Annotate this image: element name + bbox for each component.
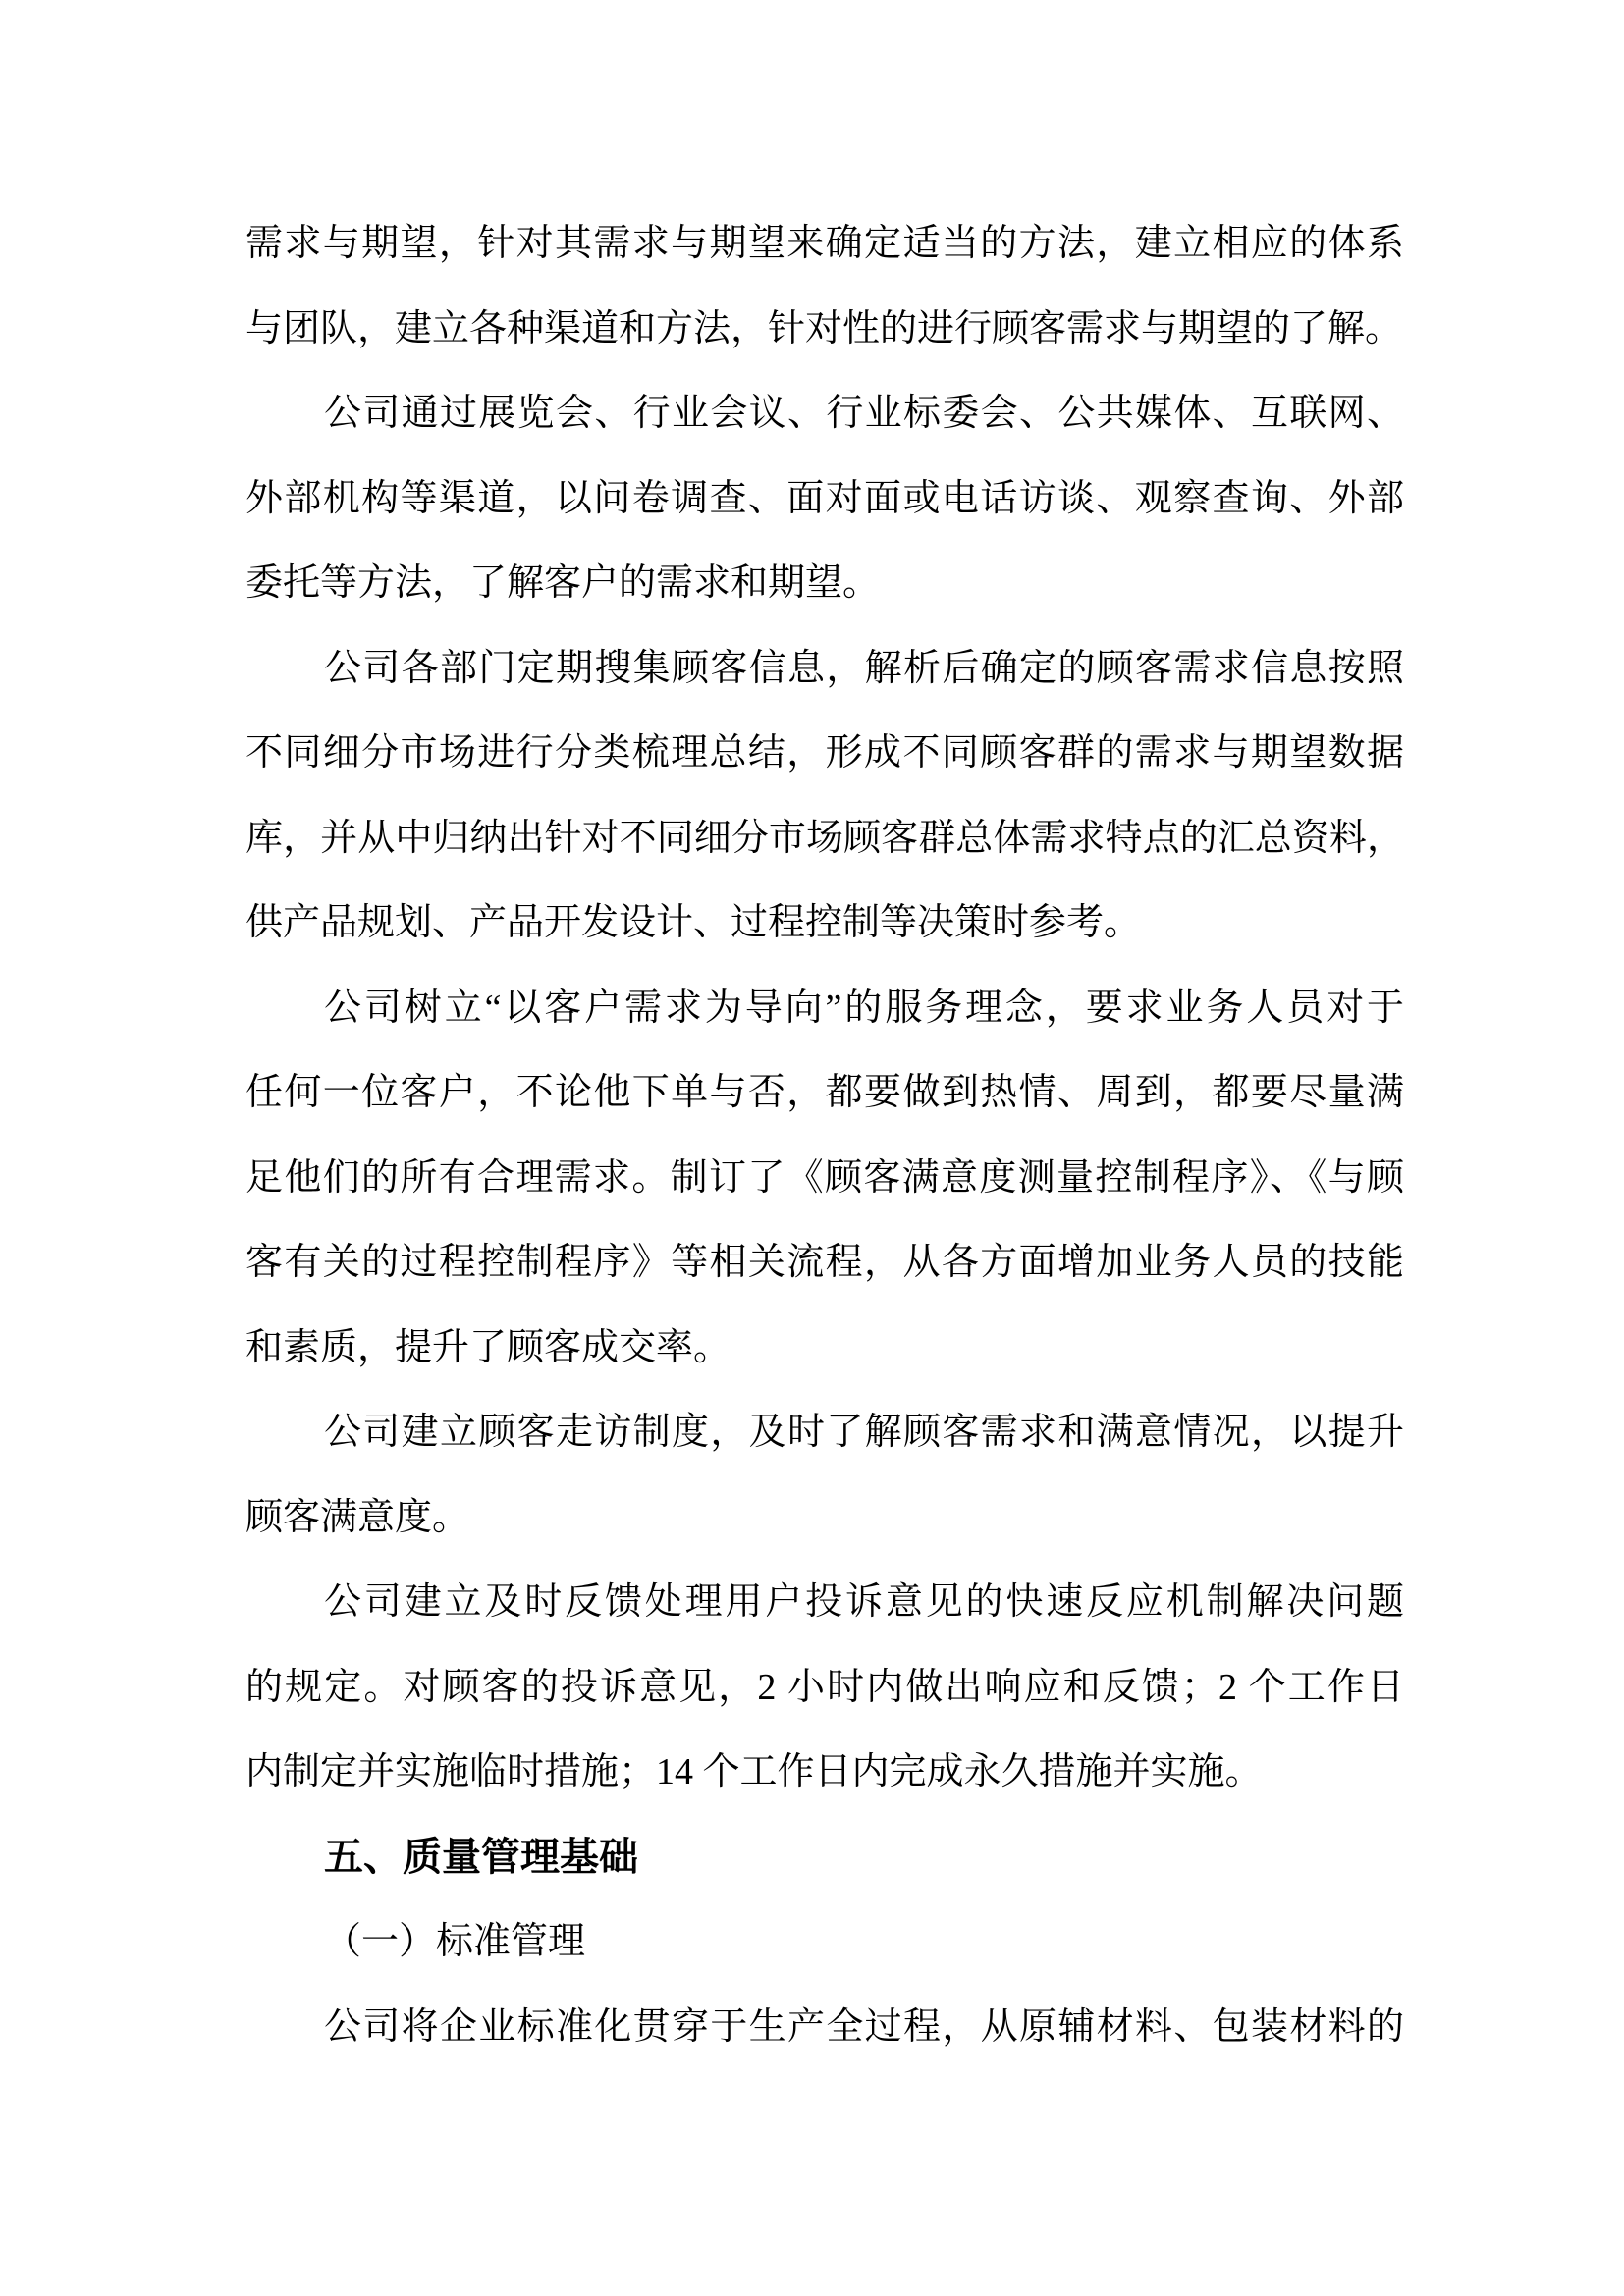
text-line: 公司树立“以客户需求为导向”的服务理念，要求业务人员对于 (245, 966, 1404, 1051)
text-line: 与团队，建立各种渠道和方法，针对性的进行顾客需求与期望的了解。 (245, 287, 1404, 372)
text-line: 不同细分市场进行分类梳理总结，形成不同顾客群的需求与期望数据 (245, 711, 1404, 796)
text-line: 客有关的过程控制程序》等相关流程，从各方面增加业务人员的技能 (245, 1220, 1404, 1306)
text-line: 公司将企业标准化贯穿于生产全过程，从原辅材料、包装材料的 (245, 1985, 1404, 2070)
text-line: 任何一位客户，不论他下单与否，都要做到热情、周到，都要尽量满 (245, 1050, 1404, 1136)
text-line: 库，并从中归纳出针对不同细分市场顾客群总体需求特点的汇总资料， (245, 796, 1404, 881)
text-line: 供产品规划、产品开发设计、过程控制等决策时参考。 (245, 881, 1404, 966)
text-line: 顾客满意度。 (245, 1475, 1404, 1561)
document-page: 需求与期望，针对其需求与期望来确定适当的方法，建立相应的体系与团队，建立各种渠道… (0, 0, 1624, 2296)
text-line: 内制定并实施临时措施；14 个工作日内完成永久措施并实施。 (245, 1730, 1404, 1815)
text-line: 公司建立顾客走访制度，及时了解顾客需求和满意情况，以提升 (245, 1390, 1404, 1475)
text-line: 外部机构等渠道，以问卷调查、面对面或电话访谈、观察查询、外部 (245, 456, 1404, 542)
text-line: 的规定。对顾客的投诉意见，2 小时内做出响应和反馈；2 个工作日 (245, 1645, 1404, 1731)
text-line: （一）标准管理 (245, 1899, 1404, 1985)
text-line: 公司建立及时反馈处理用户投诉意见的快速反应机制解决问题 (245, 1560, 1404, 1645)
text-line: 足他们的所有合理需求。制订了《顾客满意度测量控制程序》、《与顾 (245, 1136, 1404, 1221)
heading-line: 五、质量管理基础 (245, 1815, 1404, 1900)
text-line: 和素质，提升了顾客成交率。 (245, 1306, 1404, 1391)
text-line: 公司各部门定期搜集顾客信息，解析后确定的顾客需求信息按照 (245, 626, 1404, 712)
text-line: 需求与期望，针对其需求与期望来确定适当的方法，建立相应的体系 (245, 201, 1404, 287)
text-line: 委托等方法，了解客户的需求和期望。 (245, 541, 1404, 626)
text-line: 公司通过展览会、行业会议、行业标委会、公共媒体、互联网、 (245, 371, 1404, 456)
document-content: 需求与期望，针对其需求与期望来确定适当的方法，建立相应的体系与团队，建立各种渠道… (245, 201, 1404, 2069)
